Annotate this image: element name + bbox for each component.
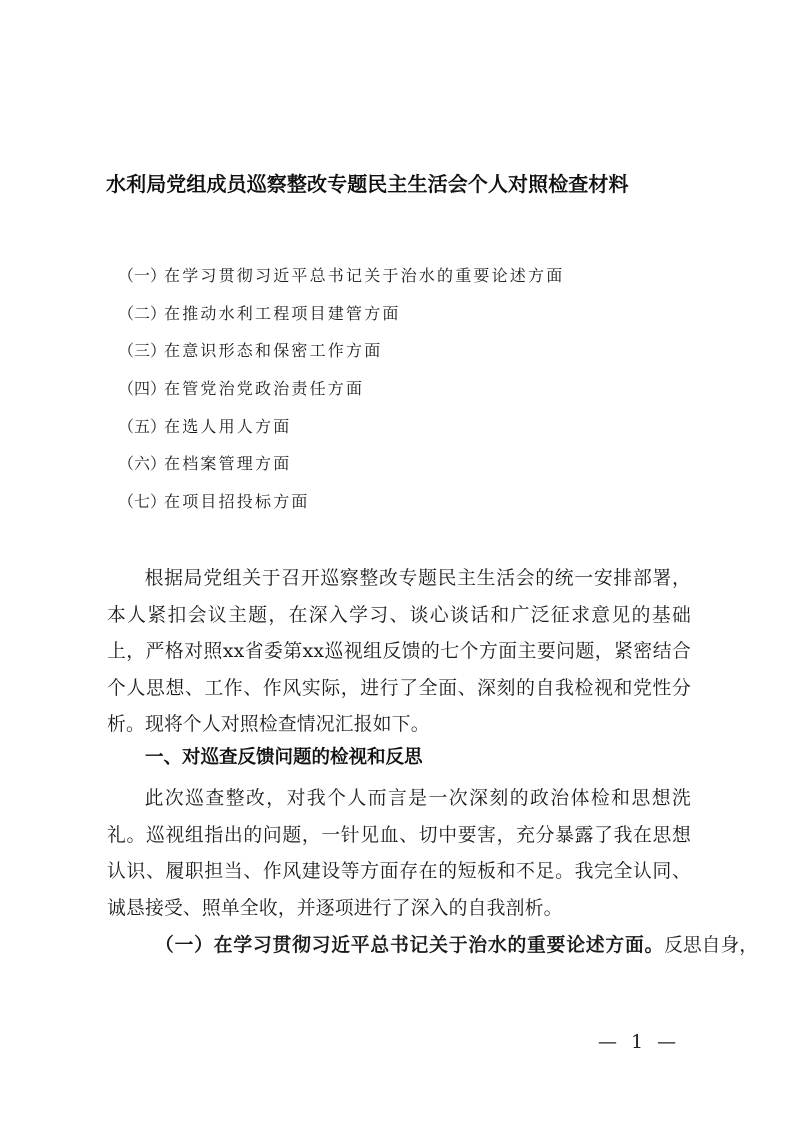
toc-item: （三）在意识形态和保密工作方面 xyxy=(118,338,678,376)
toc-item: （四）在管党治党政治责任方面 xyxy=(118,376,678,414)
toc-item-number: （六） xyxy=(118,451,164,477)
subsection-title: （一）在学习贯彻习近平总书记关于治水的重要论述方面。 xyxy=(155,934,664,956)
subsection-text: 反思自身， xyxy=(664,935,758,956)
section-heading: 一、对巡查反馈问题的检视和反思 xyxy=(145,743,423,773)
toc-item-number: （四） xyxy=(118,376,164,402)
toc-item-label: 在选人用人方面 xyxy=(164,417,291,436)
toc-item-label: 在项目招投标方面 xyxy=(164,492,310,511)
toc-item-label: 在意识形态和保密工作方面 xyxy=(164,341,382,360)
toc-item-label: 在管党治党政治责任方面 xyxy=(164,379,364,398)
document-title: 水利局党组成员巡察整改专题民主生活会个人对照检查材料 xyxy=(106,170,706,198)
page-number: — 1 — xyxy=(598,1030,680,1054)
toc-item: （六）在档案管理方面 xyxy=(118,451,678,489)
document-page: 水利局党组成员巡察整改专题民主生活会个人对照检查材料 （一）在学习贯彻习近平总书… xyxy=(0,0,793,1122)
toc-item: （二）在推动水利工程项目建管方面 xyxy=(118,301,678,339)
section-body: 此次巡查整改，对我个人而言是一次深刻的政治体检和思想洗礼。巡视组指出的问题，一针… xyxy=(107,781,691,927)
toc-item-label: 在推动水利工程项目建管方面 xyxy=(164,304,401,323)
toc-item-number: （一） xyxy=(118,263,164,289)
toc-item-number: （七） xyxy=(118,489,164,515)
intro-paragraph: 根据局党组关于召开巡察整改专题民主生活会的统一安排部署，本人紧扣会议主题，在深入… xyxy=(107,561,691,744)
toc-item-number: （二） xyxy=(118,301,164,327)
toc-item: （七）在项目招投标方面 xyxy=(118,489,678,527)
toc-item: （五）在选人用人方面 xyxy=(118,414,678,452)
toc-item: （一）在学习贯彻习近平总书记关于治水的重要论述方面 xyxy=(118,263,678,301)
section-paragraph: 此次巡查整改，对我个人而言是一次深刻的政治体检和思想洗礼。巡视组指出的问题，一针… xyxy=(107,781,691,927)
toc-item-label: 在档案管理方面 xyxy=(164,454,291,473)
table-of-contents: （一）在学习贯彻习近平总书记关于治水的重要论述方面 （二）在推动水利工程项目建管… xyxy=(118,263,678,527)
toc-item-number: （五） xyxy=(118,414,164,440)
intro-section: 根据局党组关于召开巡察整改专题民主生活会的统一安排部署，本人紧扣会议主题，在深入… xyxy=(107,561,691,744)
toc-item-number: （三） xyxy=(118,338,164,364)
toc-item-label: 在学习贯彻习近平总书记关于治水的重要论述方面 xyxy=(164,266,564,285)
subsection: （一）在学习贯彻习近平总书记关于治水的重要论述方面。反思自身， xyxy=(155,927,695,965)
